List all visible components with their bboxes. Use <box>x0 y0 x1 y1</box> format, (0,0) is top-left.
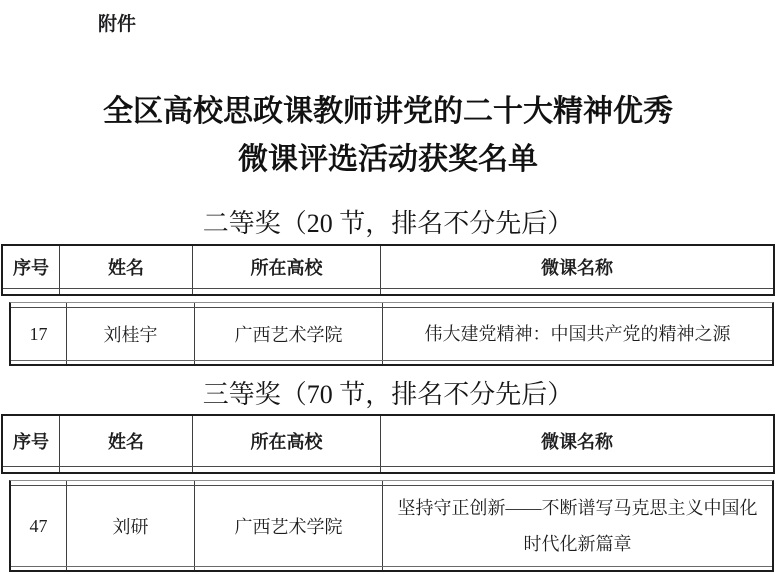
page-cut-stub <box>3 289 773 294</box>
header-row: 序号 姓名 所在高校 微课名称 <box>3 246 773 289</box>
document-title: 全区高校思政课教师讲党的二十大精神优秀 微课评选活动获奖名单 <box>0 88 776 184</box>
header-row: 序号 姓名 所在高校 微课名称 <box>3 416 773 467</box>
second-prize-heading: 二等奖（20 节，排名不分先后） <box>0 207 776 241</box>
section-second-prize: 二等奖（20 节，排名不分先后） 序号 姓名 所在高校 微课名称 <box>0 207 776 366</box>
section-third-prize: 三等奖（70 节，排名不分先后） 序号 姓名 所在高校 微课名称 <box>0 378 776 572</box>
column-header-course: 微课名称 <box>381 246 773 288</box>
column-header-course: 微课名称 <box>381 416 773 466</box>
cell-name: 刘桂宇 <box>67 308 195 360</box>
title-line-1: 全区高校思政课教师讲党的二十大精神优秀 <box>0 88 776 136</box>
cell-no: 17 <box>11 308 67 360</box>
table-row: 47 刘研 广西艺术学院 坚持守正创新——不断谱写马克思主义中国化 时代化新篇章 <box>11 486 772 567</box>
cell-name: 刘研 <box>67 486 195 566</box>
third-prize-table-header: 序号 姓名 所在高校 微课名称 <box>1 414 775 474</box>
column-header-school: 所在高校 <box>193 246 381 288</box>
third-prize-heading: 三等奖（70 节，排名不分先后） <box>0 378 776 412</box>
attachment-label: 附件 <box>98 14 776 36</box>
title-line-2: 微课评选活动获奖名单 <box>0 136 776 184</box>
cell-school: 广西艺术学院 <box>195 486 383 566</box>
page-cut-stub <box>11 567 772 570</box>
table-row: 17 刘桂宇 广西艺术学院 伟大建党精神：中国共产党的精神之源 <box>11 308 772 361</box>
cell-school: 广西艺术学院 <box>195 308 383 360</box>
column-header-no: 序号 <box>3 246 60 288</box>
column-header-no: 序号 <box>3 416 60 466</box>
second-prize-table-header: 序号 姓名 所在高校 微课名称 <box>1 244 775 296</box>
page-cut-stub <box>3 467 773 472</box>
column-header-school: 所在高校 <box>193 416 381 466</box>
second-prize-table-body: 17 刘桂宇 广西艺术学院 伟大建党精神：中国共产党的精神之源 <box>9 302 774 366</box>
column-header-name: 姓名 <box>60 416 193 466</box>
cell-course: 坚持守正创新——不断谱写马克思主义中国化 时代化新篇章 <box>383 486 772 566</box>
cell-no: 47 <box>11 486 67 566</box>
document-page: 附件 全区高校思政课教师讲党的二十大精神优秀 微课评选活动获奖名单 二等奖（20… <box>0 0 776 574</box>
column-header-name: 姓名 <box>60 246 193 288</box>
third-prize-table-body: 47 刘研 广西艺术学院 坚持守正创新——不断谱写马克思主义中国化 时代化新篇章 <box>9 480 774 572</box>
page-cut-stub <box>11 361 772 364</box>
cell-course: 伟大建党精神：中国共产党的精神之源 <box>383 308 772 360</box>
